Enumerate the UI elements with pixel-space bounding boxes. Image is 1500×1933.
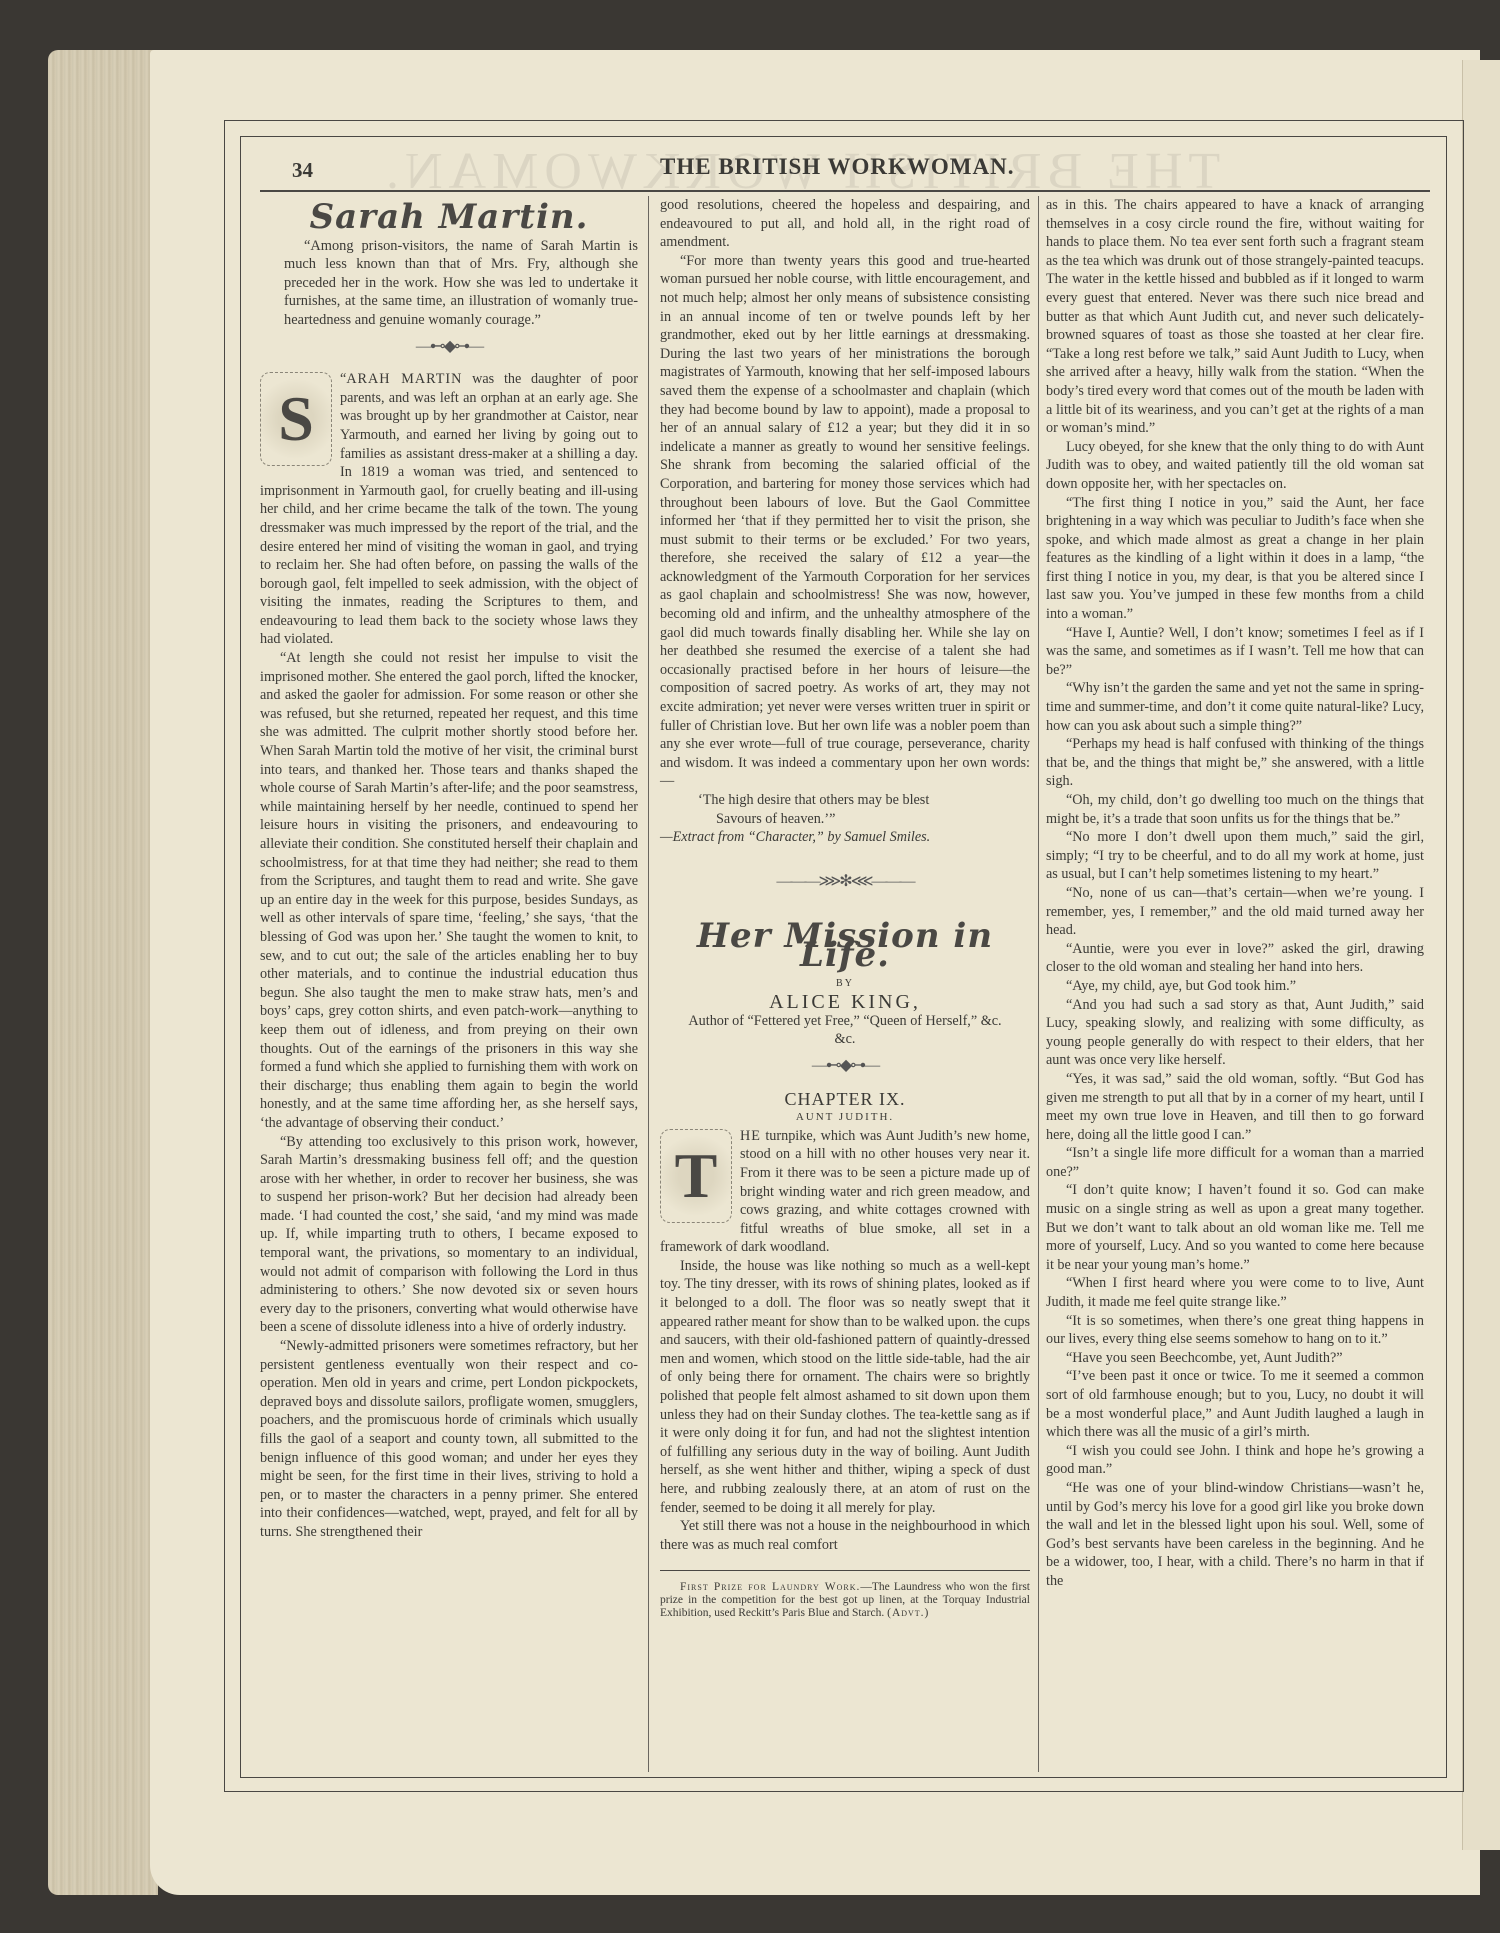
article-paragraph: “And you had such a sad story as that, A… xyxy=(1046,996,1424,1070)
author-credit: Author of “Fettered yet Free,” “Queen of… xyxy=(660,1012,1030,1049)
article-paragraph: “I wish you could see John. I think and … xyxy=(1046,1442,1424,1479)
lead-quote: “Among prison-visitors, the name of Sara… xyxy=(260,237,638,330)
decorated-initial-t: T xyxy=(660,1129,732,1223)
article-paragraph: “For more than twenty years this good an… xyxy=(660,252,1030,791)
chapter-title: AUNT JUDITH. xyxy=(660,1108,1030,1127)
page-header: THE BRITISH WORKWOMAN. 34 THE BRITISH WO… xyxy=(260,148,1430,188)
article-paragraph: “No more I don’t dwell upon them much,” … xyxy=(1046,828,1424,884)
article-title-sarah-martin: Sarah Martin. xyxy=(260,208,638,227)
article-paragraph: Inside, the house was like nothing so mu… xyxy=(660,1257,1030,1517)
ornament-divider: —⊷◆⊶— xyxy=(660,1057,1030,1076)
adjacent-page-edge xyxy=(1462,60,1500,1850)
header-rule xyxy=(260,190,1430,192)
ornament-divider: —⊷◆⊶— xyxy=(260,338,638,357)
article-paragraph: “The first thing I notice in you,” said … xyxy=(1046,494,1424,624)
opening-caps: ARAH MARTIN xyxy=(346,371,462,387)
article-paragraph: “Newly-admitted prisoners were sometimes… xyxy=(260,1337,638,1542)
opening-caps: HE xyxy=(740,1128,761,1144)
advertisement: First Prize for Laundry Work.—The Laundr… xyxy=(660,1581,1030,1620)
author-name: ALICE KING, xyxy=(660,993,1030,1012)
article-paragraph: “Oh, my child, don’t go dwelling too muc… xyxy=(1046,791,1424,828)
article-paragraph: “At length she could not resist her impu… xyxy=(260,649,638,1132)
article-paragraph: “Perhaps my head is half confused with t… xyxy=(1046,735,1424,791)
article-paragraph: “Have I, Auntie? Well, I don’t know; som… xyxy=(1046,624,1424,680)
advertisement-rule xyxy=(660,1570,1030,1571)
article-paragraph: “Auntie, were you ever in love?” asked t… xyxy=(1046,940,1424,977)
column-divider xyxy=(648,196,649,1772)
article-paragraph: THE turnpike, which was Aunt Judith’s ne… xyxy=(660,1127,1030,1257)
article-paragraph: “Why isn’t the garden the same and yet n… xyxy=(1046,679,1424,735)
advertisement-heading: First Prize for Laundry Work. xyxy=(680,1581,860,1593)
article-paragraph: “He was one of your blind-window Christi… xyxy=(1046,1479,1424,1591)
article-paragraph: “Yes, it was sad,” said the old woman, s… xyxy=(1046,1070,1424,1144)
column-2: good resolutions, cheered the hopeless a… xyxy=(660,196,1030,1620)
article-paragraph: good resolutions, cheered the hopeless a… xyxy=(660,196,1030,252)
poem-line: ‘The high desire that others may be bles… xyxy=(660,791,1030,810)
chapter-heading: CHAPTER IX. xyxy=(660,1090,1030,1109)
article-title-her-mission: Her Mission in Life. xyxy=(660,927,1030,964)
article-paragraph: “No, none of us can—that’s certain—when … xyxy=(1046,884,1424,940)
attribution: —Extract from “Character,” by Samuel Smi… xyxy=(660,828,1030,847)
article-paragraph: “I’ve been past it once or twice. To me … xyxy=(1046,1367,1424,1441)
article-paragraph: Yet still there was not a house in the n… xyxy=(660,1517,1030,1554)
advertisement-tag: (Advt.) xyxy=(887,1607,929,1619)
article-paragraph: “Aye, my child, aye, but God took him.” xyxy=(1046,977,1424,996)
column-divider xyxy=(1038,196,1039,1772)
article-paragraph: “By attending too exclusively to this pr… xyxy=(260,1133,638,1338)
article-paragraph: “Isn’t a single life more difficult for … xyxy=(1046,1144,1424,1181)
article-paragraph: S“ARAH MARTIN was the daughter of poor p… xyxy=(260,370,638,649)
article-paragraph: “It is so sometimes, when there’s one gr… xyxy=(1046,1312,1424,1349)
section-ornament: ———⋙✻⋘——— xyxy=(660,873,1030,892)
running-title: THE BRITISH WORKWOMAN. xyxy=(660,154,1015,180)
column-1: Sarah Martin. “Among prison-visitors, th… xyxy=(260,208,638,1542)
page-number: 34 xyxy=(292,158,313,183)
article-paragraph: “I don’t quite know; I haven’t found it … xyxy=(1046,1181,1424,1274)
article-paragraph: Lucy obeyed, for she knew that the only … xyxy=(1046,438,1424,494)
poem-line: Savours of heaven.’” xyxy=(660,810,1030,829)
article-paragraph: as in this. The chairs appeared to have … xyxy=(1046,196,1424,438)
book-page-edges xyxy=(48,50,158,1895)
article-paragraph: “When I first heard where you were come … xyxy=(1046,1274,1424,1311)
article-paragraph: “Have you seen Beechcombe, yet, Aunt Jud… xyxy=(1046,1349,1424,1368)
decorated-initial-s: S xyxy=(260,372,332,466)
column-3: as in this. The chairs appeared to have … xyxy=(1046,196,1424,1591)
